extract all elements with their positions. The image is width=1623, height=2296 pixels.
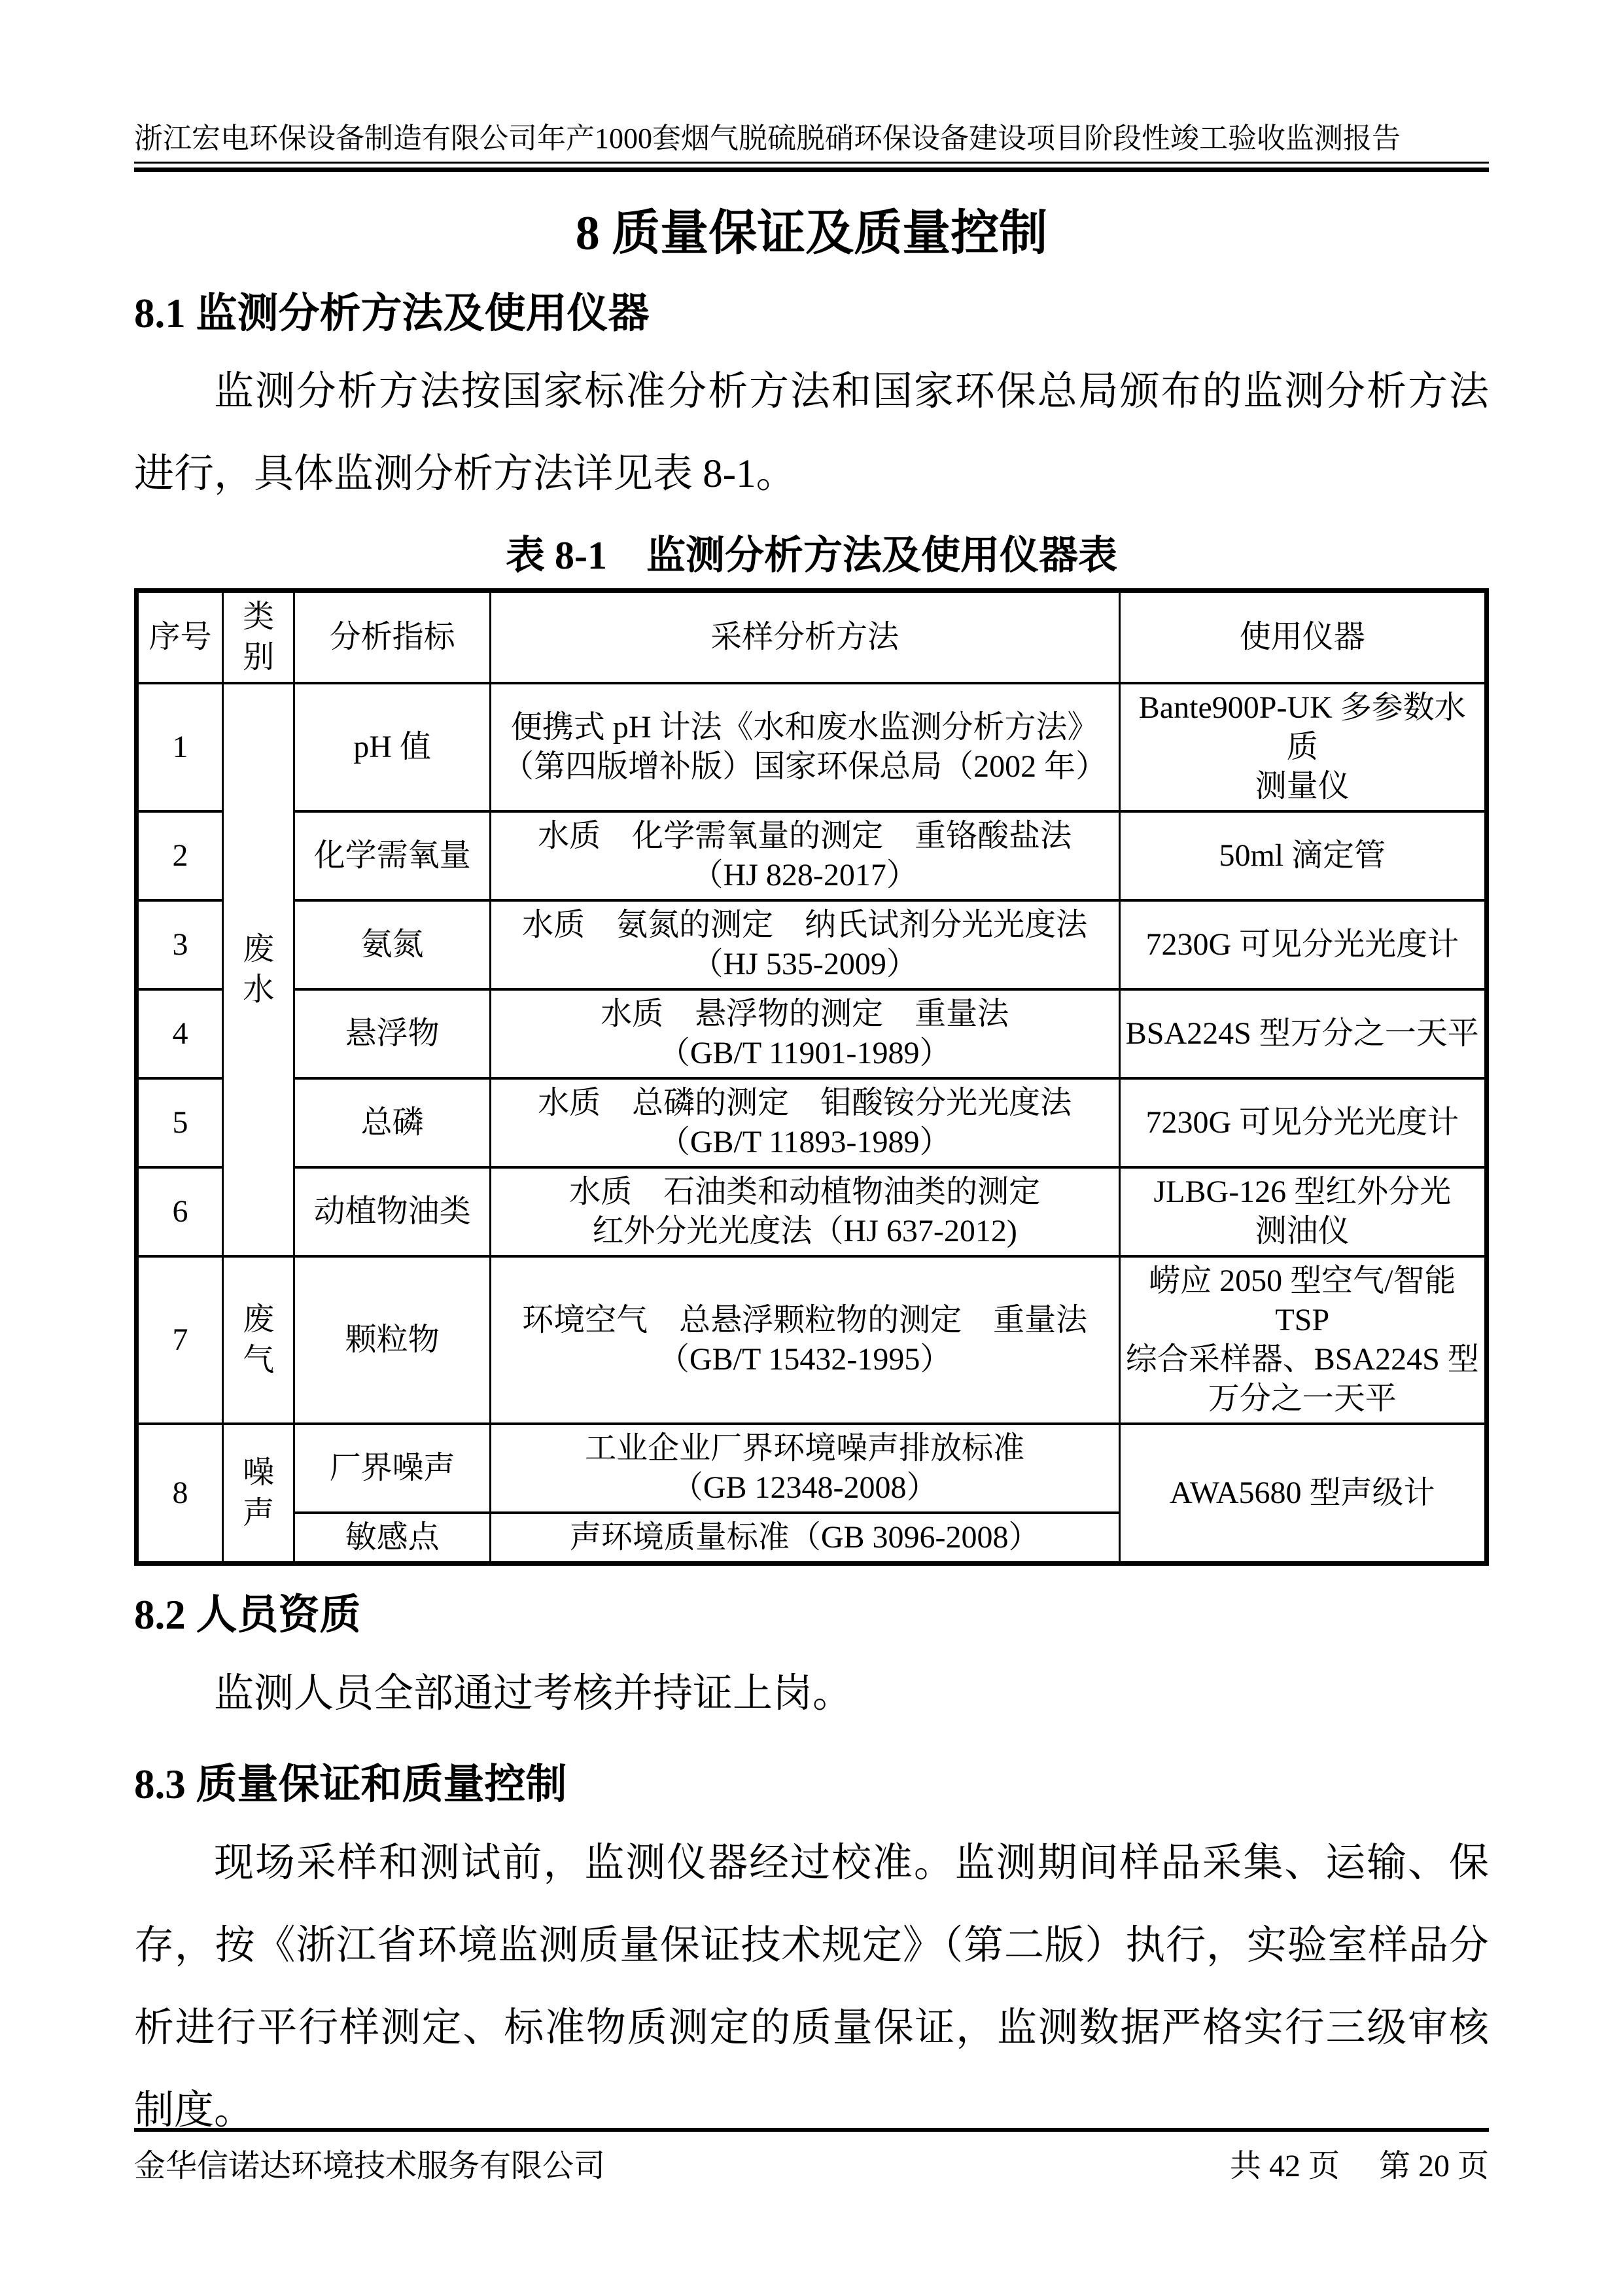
section-8-3-paragraph: 现场采样和测试前，监测仪器经过校准。监测期间样品采集、运输、保存，按《浙江省环境… (134, 1822, 1489, 2152)
table-row: 7 废气 颗粒物 环境空气 总悬浮颗粒物的测定 重量法 （GB/T 15432-… (137, 1256, 1487, 1424)
cell-instrument: Bante900P-UK 多参数水质 测量仪 (1119, 683, 1486, 811)
cell-no: 1 (137, 683, 223, 811)
cell-method: 水质 化学需氧量的测定 重铬酸盐法 （HJ 828-2017） (490, 811, 1119, 900)
cell-method: 便携式 pH 计法《水和废水监测分析方法》 （第四版增补版）国家环保总局（200… (490, 683, 1119, 811)
cell-method: 环境空气 总悬浮颗粒物的测定 重量法 （GB/T 15432-1995） (490, 1256, 1119, 1424)
cell-method: 水质 氨氮的测定 纳氏试剂分光光度法 （HJ 535-2009） (490, 900, 1119, 989)
cell-category-exhaust-gas: 废气 (223, 1256, 294, 1424)
header-cell-category: 类别 (223, 591, 294, 684)
table-header-row: 序号 类别 分析指标 采样分析方法 使用仪器 (137, 591, 1487, 684)
section-heading-8-2: 8.2 人员资质 (134, 1589, 1489, 1641)
header-cell-indicator: 分析指标 (294, 591, 490, 684)
cell-instrument: 7230G 可见分光光度计 (1119, 900, 1486, 989)
table-row: 8 噪声 厂界噪声 工业企业厂界环境噪声排放标准 （GB 12348-2008）… (137, 1424, 1487, 1513)
header-cell-no: 序号 (137, 591, 223, 684)
cell-no: 7 (137, 1256, 223, 1424)
footer-company: 金华信诺达环境技术服务有限公司 (134, 2147, 605, 2185)
cell-method: 工业企业厂界环境噪声排放标准 （GB 12348-2008） (490, 1424, 1119, 1513)
cell-no: 8 (137, 1424, 223, 1564)
table-row: 3 氨氮 水质 氨氮的测定 纳氏试剂分光光度法 （HJ 535-2009） 72… (137, 900, 1487, 989)
table-row: 5 总磷 水质 总磷的测定 钼酸铵分光光度法 （GB/T 11893-1989）… (137, 1078, 1487, 1167)
cell-no: 6 (137, 1167, 223, 1256)
cell-indicator: 氨氮 (294, 900, 490, 989)
cell-category-noise-label: 噪声 (241, 1453, 275, 1534)
cell-instrument: JLBG-126 型红外分光 测油仪 (1119, 1167, 1486, 1256)
table-row: 2 化学需氧量 水质 化学需氧量的测定 重铬酸盐法 （HJ 828-2017） … (137, 811, 1487, 900)
section-heading-8-1: 8.1 监测分析方法及使用仪器 (134, 288, 1489, 340)
cell-indicator: 悬浮物 (294, 989, 490, 1078)
cell-instrument: 崂应 2050 型空气/智能 TSP 综合采样器、BSA224S 型 万分之一天… (1119, 1256, 1486, 1424)
cell-no: 3 (137, 900, 223, 989)
chapter-title: 8 质量保证及质量控制 (134, 203, 1489, 264)
cell-indicator: 动植物油类 (294, 1167, 490, 1256)
cell-category-wastewater: 废水 (223, 683, 294, 1256)
cell-method: 水质 总磷的测定 钼酸铵分光光度法 （GB/T 11893-1989） (490, 1078, 1119, 1167)
page-footer: 金华信诺达环境技术服务有限公司 共 42 页 第 20 页 (134, 2147, 1489, 2185)
cell-instrument: 7230G 可见分光光度计 (1119, 1078, 1486, 1167)
header-cell-category-label: 类别 (241, 597, 275, 678)
footer-rule (134, 2128, 1489, 2132)
cell-indicator: 总磷 (294, 1078, 490, 1167)
section-heading-8-3: 8.3 质量保证和质量控制 (134, 1759, 1489, 1810)
table-row: 6 动植物油类 水质 石油类和动植物油类的测定 红外分光光度法（HJ 637-2… (137, 1167, 1487, 1256)
table-row: 4 悬浮物 水质 悬浮物的测定 重量法 （GB/T 11901-1989） BS… (137, 989, 1487, 1078)
table-caption: 表 8-1 监测分析方法及使用仪器表 (134, 531, 1489, 580)
cell-method: 声环境质量标准（GB 3096-2008） (490, 1513, 1119, 1564)
footer-total-pages: 共 42 页 (1230, 2147, 1340, 2185)
cell-category-exhaust-gas-label: 废气 (241, 1299, 275, 1381)
cell-no: 2 (137, 811, 223, 900)
header-cell-method: 采样分析方法 (490, 591, 1119, 684)
cell-indicator: pH 值 (294, 683, 490, 811)
cell-instrument: AWA5680 型声级计 (1119, 1424, 1486, 1564)
cell-instrument: 50ml 滴定管 (1119, 811, 1486, 900)
header-rule (134, 162, 1489, 172)
cell-instrument: BSA224S 型万分之一天平 (1119, 989, 1486, 1078)
cell-indicator: 敏感点 (294, 1513, 490, 1564)
page-header-text: 浙江宏电环保设备制造有限公司年产1000套烟气脱硫脱硝环保设备建设项目阶段性竣工… (134, 121, 1489, 156)
cell-indicator: 厂界噪声 (294, 1424, 490, 1513)
cell-no: 4 (137, 989, 223, 1078)
cell-indicator: 化学需氧量 (294, 811, 490, 900)
monitoring-methods-table: 序号 类别 分析指标 采样分析方法 使用仪器 1 废水 pH 值 便携式 pH … (134, 588, 1489, 1566)
cell-indicator: 颗粒物 (294, 1256, 490, 1424)
cell-category-noise: 噪声 (223, 1424, 294, 1564)
document-page: 浙江宏电环保设备制造有限公司年产1000套烟气脱硫脱硝环保设备建设项目阶段性竣工… (0, 0, 1623, 2296)
cell-method: 水质 悬浮物的测定 重量法 （GB/T 11901-1989） (490, 989, 1119, 1078)
cell-no: 5 (137, 1078, 223, 1167)
footer-current-page: 第 20 页 (1379, 2147, 1489, 2185)
section-8-1-paragraph: 监测分析方法按国家标准分析方法和国家环保总局颁布的监测分析方法进行，具体监测分析… (134, 351, 1489, 516)
table-row: 1 废水 pH 值 便携式 pH 计法《水和废水监测分析方法》 （第四版增补版）… (137, 683, 1487, 811)
cell-category-wastewater-label: 废水 (241, 929, 275, 1010)
section-8-2-paragraph: 监测人员全部通过考核并持证上岗。 (134, 1653, 1489, 1735)
footer-page-numbers: 共 42 页 第 20 页 (1230, 2147, 1489, 2185)
header-cell-instrument: 使用仪器 (1119, 591, 1486, 684)
cell-method: 水质 石油类和动植物油类的测定 红外分光光度法（HJ 637-2012) (490, 1167, 1119, 1256)
